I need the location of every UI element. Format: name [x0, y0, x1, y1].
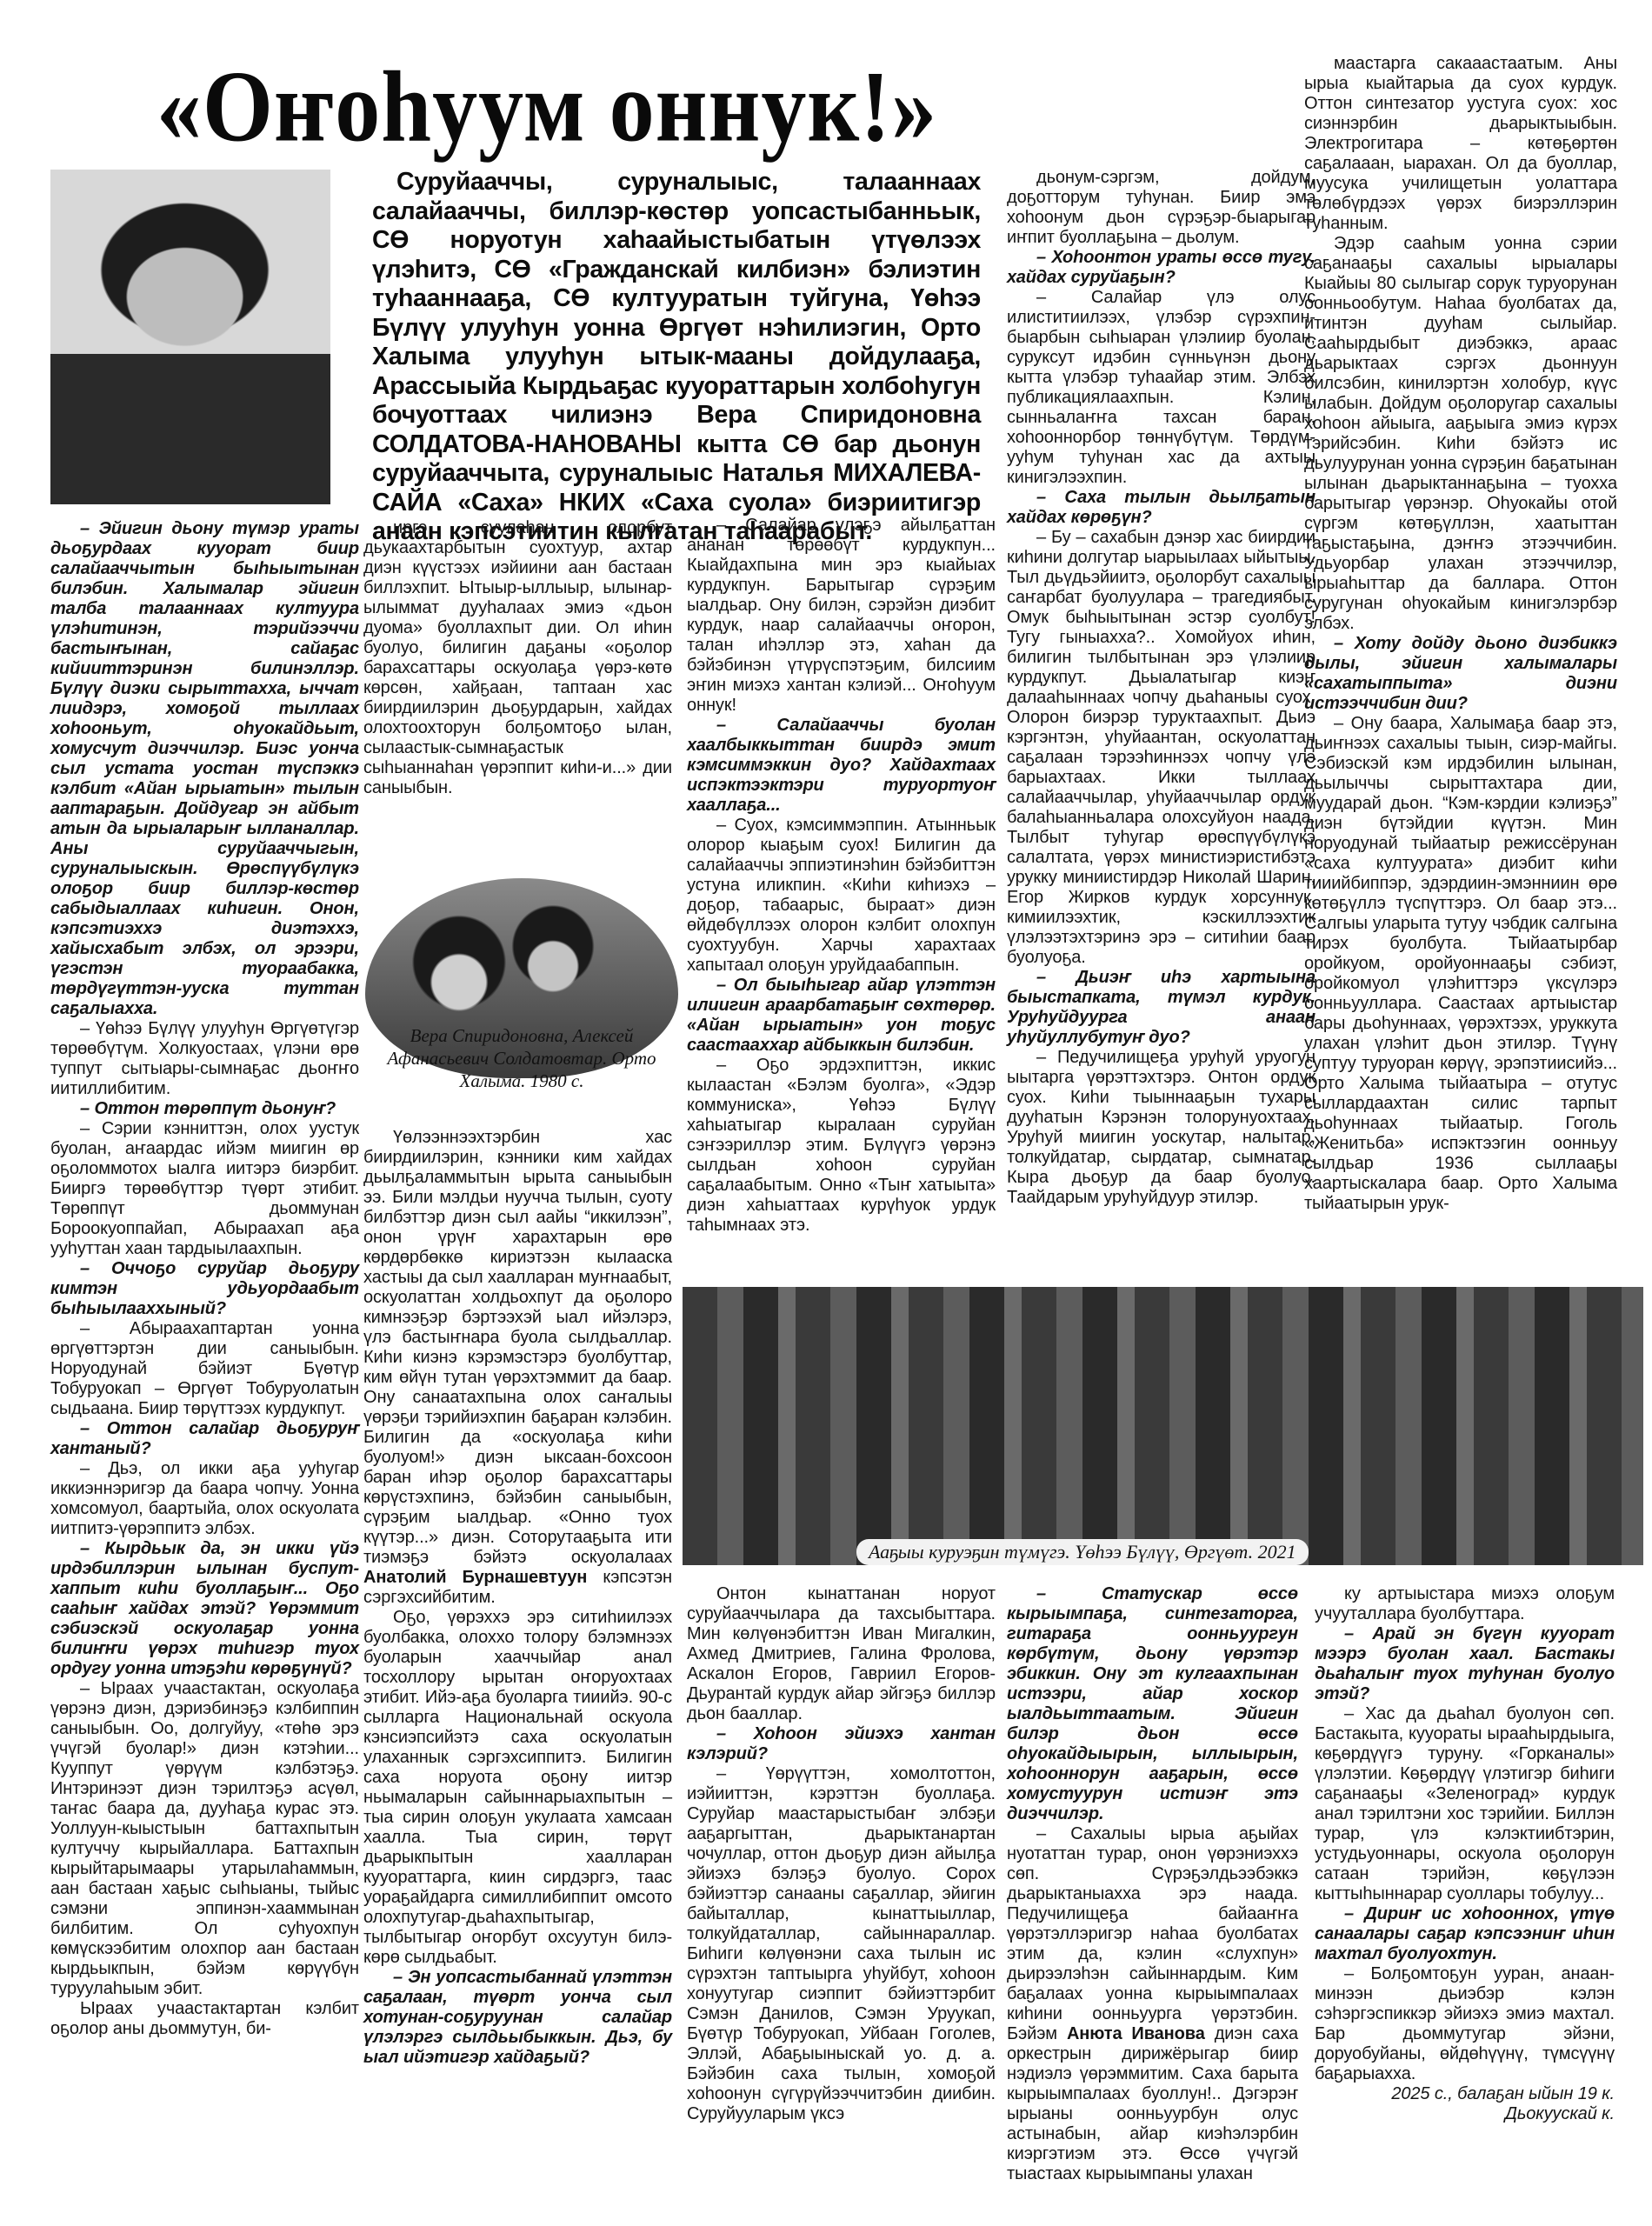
paragraph: – Сахалыы ырыа аҕыйах нуотаттан турар, о… [1007, 1824, 1298, 2184]
paragraph: – Дьэ, ол икки аҕа ууһугар иккиэннэригэр… [50, 1459, 359, 1539]
portrait-photo [50, 170, 330, 504]
paragraph: – Үөрүүттэн, хомолтоттон, иэйииттэн, кэр… [687, 1764, 996, 2124]
paragraph: – Педучилищеҕа уруһуй уруогун ыытарга үө… [1007, 1048, 1316, 1208]
interview-question: – Арай эн бүгүн кууорат мээрэ буолан хаа… [1315, 1624, 1615, 1704]
paragraph: – Болҕомтоҕун ууран, анаан-минээн дьиэбэ… [1315, 1964, 1615, 2084]
interview-question: – Саха тылын дьылҕатын хайдах көрөҕүн? [1007, 488, 1316, 528]
column-4-top: дьонум-сэргэм, дойдум, доҕотторум туһуна… [1007, 168, 1316, 1208]
paragraph: – Сэрии кэнниттэн, олох уустук буолан, а… [50, 1119, 359, 1259]
paragraph: Ыраах учаастактартан кэлбит оҕолор аны д… [50, 1999, 359, 2039]
column-3-top: – Салайар үлэҕэ айылҕаттан ананан төрөөб… [687, 516, 996, 1236]
interview-question: – Оттон төрөппүт дьонуҥ? [50, 1099, 359, 1119]
column-5-bottom: ку артыыстара миэхэ олоҕум учууталлара б… [1315, 1584, 1615, 2124]
paragraph: – Оҕо эрдэхпиттэн, иккис кылаастан «Бэлэ… [687, 1056, 996, 1236]
interview-question: – Хоһоонтон ураты өссө тугу, хайдах суру… [1007, 248, 1316, 288]
paragraph: Онтон кынаттанан норуот суруйааччылара д… [687, 1584, 996, 1724]
paragraph: маастарга сакааастаатым. Аны ырыа кыайта… [1304, 54, 1617, 234]
column-4-bottom: – Статускар өссө кырыымпаҕа, синтезаторг… [1007, 1584, 1298, 2184]
interview-question: – Салайааччы буолан хаалбыккыттан биирдэ… [687, 716, 996, 816]
paragraph: Оҕо, үөрэххэ эрэ ситиһиилээх буолбакка, … [363, 1608, 672, 1968]
interview-question: – Оттон салайар дьоҕуруҥ хантаный? [50, 1419, 359, 1459]
paragraph: – Бу – сахабын дэнэр хас биирдии киһини … [1007, 528, 1316, 968]
interview-question: – Дьиэҥ иһэ хартыына быыстапката, түмэл … [1007, 968, 1316, 1048]
interview-question: – Хоһоон эйиэхэ хантан кэлэрий? [687, 1724, 996, 1764]
paragraph: – Хас да дьаһал буолуон сөп. Бастакыта, … [1315, 1704, 1615, 1904]
interview-question: – Статускар өссө кырыымпаҕа, синтезаторг… [1007, 1584, 1298, 1824]
interview-question: – Эн уопсастыбаннай үлэттэн саҕалаан, тү… [363, 1968, 672, 2068]
column-1: – Эйигин дьону түмэр ураты дьоҕурдаах ку… [50, 519, 359, 2039]
group-photo [683, 1287, 1643, 1565]
group-photo-caption: Ааҕыы куруэҕин түмүгэ. Үөһээ Бүлүү, Өргү… [856, 1539, 1309, 1565]
paragraph: Эдэр сааһым уонна сэрии саҕанааҕы сахалы… [1304, 234, 1617, 634]
column-5-top: маастарга сакааастаатым. Аны ырыа кыайта… [1304, 54, 1617, 1214]
couple-photo-caption: Вера Спиридоновна, Алексей Афанасьевич С… [383, 1024, 661, 1092]
paragraph: – Абыраахаптартан уонна өргүөттэртэн дии… [50, 1319, 359, 1419]
dateline: 2025 с., балаҕан ыйын 19 к. [1315, 2084, 1615, 2104]
article-headline: «Оҥоһуум оннук!» [157, 54, 1113, 161]
interview-question: – Кырдьык да, эн икки үйэ ирдэбиллэрин ы… [50, 1539, 359, 1679]
paragraph: – Салайар үлэҕэ айылҕаттан ананан төрөөб… [687, 516, 996, 716]
article-lead: Суруйааччы, суруналыыс, талааннаах салай… [372, 168, 981, 547]
paragraph: – Салайар үлэ олус илиститиилээх, үлэбэр… [1007, 288, 1316, 488]
paragraph: иргэ суулаһан олорбут дьукаахтарбытын су… [363, 518, 672, 798]
paragraph: – Ыраах учаастактан, оскуолаҕа үөрэнэ ди… [50, 1679, 359, 1999]
paragraph: Үөлээннээхтэрбин хас биирдиилэрин, кэнни… [363, 1128, 672, 1608]
paragraph: – Ону баара, Халымаҕа баар этэ, дьиҥнээх… [1304, 714, 1617, 1214]
column-2-top: иргэ суулаһан олорбут дьукаахтарбытын су… [363, 518, 672, 798]
paragraph: – Суох, кэмсиммэппин. Атынньык олорор кы… [687, 816, 996, 976]
interview-question: – Эйигин дьону түмэр ураты дьоҕурдаах ку… [50, 519, 359, 1019]
interview-question: – Оччоҕо суруйар дьоҕуру кимтэн удьуорда… [50, 1259, 359, 1319]
interview-question: – Дириҥ ис хоһооннох, үтүө санаалары саҕ… [1315, 1904, 1615, 1964]
column-3-bottom: Онтон кынаттанан норуот суруйааччылара д… [687, 1584, 996, 2124]
paragraph: – Үөһээ Бүлүү улууһун Өргүөтүгэр төрөөбү… [50, 1019, 359, 1099]
column-2-bottom: Үөлээннээхтэрбин хас биирдиилэрин, кэнни… [363, 1128, 672, 2068]
interview-question: – Хоту дойду дьоно диэбиккэ дылы, эйигин… [1304, 634, 1617, 714]
dateline: Дьокуускай к. [1315, 2104, 1615, 2124]
paragraph: ку артыыстара миэхэ олоҕум учууталлара б… [1315, 1584, 1615, 1624]
interview-question: – Ол быыһыгар айар үлэттэн илиигин араар… [687, 976, 996, 1056]
paragraph: дьонум-сэргэм, дойдум, доҕотторум туһуна… [1007, 168, 1316, 248]
